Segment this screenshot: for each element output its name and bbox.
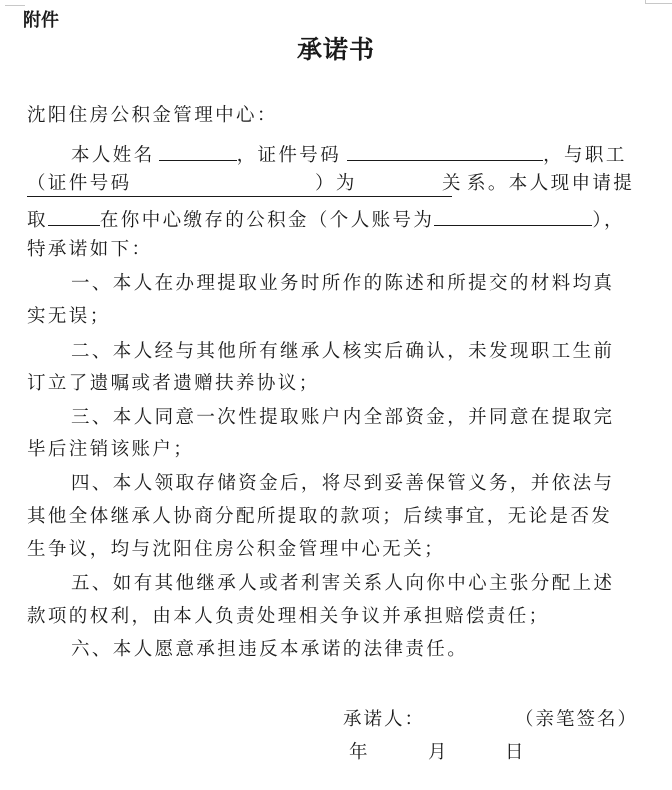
signature-note: （亲笔签名） [515,705,638,731]
text-employee-id-label: （证件号码 [27,173,132,194]
intro-line-1: 本人姓名，证件号码，与职工 [71,140,627,168]
text-relation-label: ）为 [315,172,357,196]
clause-2-line-1: 二、本人经与其他所有继承人核实后确认，未发现职工生前 [71,340,614,364]
text-id-label: ，证件号码 [237,145,342,166]
attachment-label: 附件 [23,6,59,32]
text-withdraw: 取 [27,210,48,231]
intro-line-3: 取在你中心缴存的公积金（个人账号为）， [27,205,625,233]
date-month: 月 [428,738,449,764]
clause-5-line-1: 五、如有其他继承人或者利害关系人向你中心主张分配上述 [71,572,614,596]
clause-1-line-1: 一、本人在办理提取业务时所作的陈述和所提交的材料均真 [71,272,614,296]
date-day: 日 [505,738,526,764]
page-corner-mark-right [645,0,672,4]
clause-4-line-3: 生争议，均与沈阳住房公积金管理中心无关； [27,538,445,562]
account-number-blank[interactable] [434,205,592,226]
id-number-blank[interactable] [347,140,543,161]
clause-3-line-1: 三、本人同意一次性提取账户内全部资金，并同意在提取完 [71,406,614,430]
name-blank[interactable] [159,140,237,161]
date-year: 年 [349,738,370,764]
text-name-label: 本人姓名 [71,145,155,166]
text-apply: 系。本人现申请提 [467,173,634,194]
clause-2-line-2: 订立了遗嘱或者遗赠扶养协议； [27,372,320,396]
clause-1-line-2: 实无误； [27,305,111,329]
text-guan: 关 [442,172,463,196]
page-corner-mark-left [5,0,25,6]
text-relation-prefix: ，与职工 [543,145,627,166]
clause-6-line-1: 六、本人愿意承担违反本承诺的法律责任。 [71,638,468,662]
promisor-label: 承诺人： [343,705,425,731]
amount-blank[interactable] [48,205,100,226]
clause-4-line-2: 其他全体继承人协商分配所提取的款项；后续事宜，无论是否发 [27,505,612,529]
intro-line-2: （证件号码）为 关系。本人现申请提 [27,172,634,197]
text-close-paren: ）， [592,210,625,231]
clause-3-line-2: 毕后注销该账户； [27,438,194,462]
clause-5-line-2: 款项的权利，由本人负责处理相关争议并承担赔偿责任； [27,605,550,629]
clause-4-line-1: 四、本人领取存储资金后，将尽到妥善保管义务，并依法与 [71,472,614,496]
employee-id-blank[interactable]: （证件号码）为 关 [27,172,452,197]
salutation: 沈阳住房公积金管理中心： [27,104,278,128]
text-account-label: 在你中心缴存的公积金（个人账号为 [100,210,434,231]
document-title: 承诺书 [0,30,672,66]
intro-line-4: 特承诺如下： [27,238,152,262]
